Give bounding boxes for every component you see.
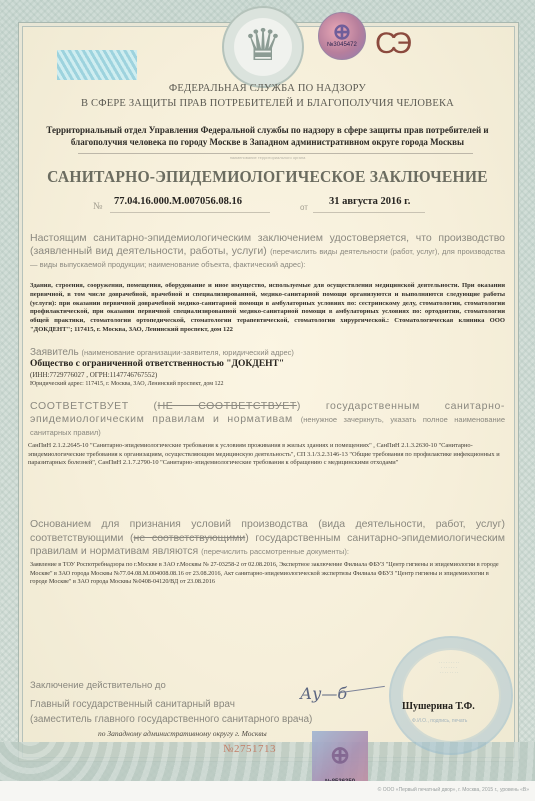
double-headed-eagle-icon: ♛	[236, 16, 290, 76]
territorial-department: Территориальный отдел Управления Федерал…	[30, 124, 505, 148]
department-caption: наименование территориального органа	[0, 155, 535, 160]
document-number: 77.04.16.000.М.007056.08.16	[114, 196, 242, 207]
chief-doctor-title: Главный государственный санитарный врач	[30, 699, 235, 710]
basis-documents: Заявление в ТОУ Роспотребнадзора по г.Мо…	[30, 561, 505, 587]
applicant-ids: (ИНН:7729776027 , ОГРН:1147746767552)	[30, 371, 157, 379]
serial-number: №2751713	[223, 743, 276, 755]
applicant-legal-address: Юридический адрес: 117415, г. Москва, ЗА…	[30, 381, 224, 387]
hologram-sticker-top: ⊕ №3045472	[318, 12, 366, 60]
applicant-org-name: Общество с ограниченной ответственностью…	[30, 359, 284, 369]
activity-description: Здания, строения, сооружения, помещения,…	[30, 282, 505, 335]
date-underline	[313, 212, 425, 213]
intro-paragraph: Настоящим санитарно-эпидемиологическим з…	[30, 232, 505, 271]
agency-name-line2: В СФЕРЕ ЗАЩИТЫ ПРАВ ПОТРЕБИТЕЛЕЙ И БЛАГО…	[0, 98, 535, 109]
sanitary-rules-list: СанПиН 2.1.2.2645-10 "Санитарно-эпидемио…	[28, 442, 508, 468]
applicant-heading: Заявитель (наименование организации-заяв…	[30, 347, 294, 358]
signer-name: Шушерина Т.Ф.	[402, 701, 475, 712]
divider	[78, 153, 473, 154]
agency-name-line1: ФЕДЕРАЛЬНАЯ СЛУЖБА ПО НАДЗОРУ	[0, 83, 535, 94]
number-label: №	[93, 201, 103, 212]
printer-credit: © ООО «Первый печатный двор», г. Москва,…	[378, 787, 529, 793]
applicant-hint: (наименование организации-заявителя, юри…	[81, 348, 293, 357]
basis-paragraph: Основанием для признания условий произво…	[30, 518, 505, 559]
region-line: по Западному административному округу г.…	[98, 729, 267, 738]
conformity-paragraph: СООТВЕТСТВУЕТ (НЕ СООТВЕТСТВУЕТ) государ…	[30, 400, 505, 439]
number-underline	[110, 212, 270, 213]
deputy-title: (заместитель главного государственного с…	[30, 714, 312, 725]
date-label: от	[300, 203, 308, 212]
basis-struck: не соответствующими	[134, 532, 246, 544]
official-stamp: · · · · · · · · ·· · · · · · ·· · · · · …	[389, 636, 513, 755]
hologram-logo-icon: ⊕	[312, 741, 368, 770]
coat-of-arms-emblem: ♛	[222, 6, 304, 88]
handwritten-signature: Ау—б	[300, 684, 347, 703]
stamp-text: · · · · · · · · ·· · · · · · ·· · · · · …	[421, 660, 477, 700]
document-date: 31 августа 2016 г.	[329, 196, 410, 207]
se-logo-icon: СЭ	[375, 27, 437, 61]
conformity-struck: НЕ СООТВЕТСТВУЕТ	[158, 400, 297, 412]
valid-until-label: Заключение действительно до	[30, 680, 166, 691]
hologram-number-top: №3045472	[327, 42, 357, 48]
conformity-verdict: СООТВЕТСТВУЕТ	[30, 400, 129, 412]
hologram-strip-icon	[57, 50, 137, 80]
document-title: САНИТАРНО-ЭПИДЕМИОЛОГИЧЕСКОЕ ЗАКЛЮЧЕНИЕ	[21, 167, 513, 187]
basis-hint: (перечислить рассмотренные документы):	[201, 547, 349, 556]
signer-caption: Ф.И.О., подпись, печать	[412, 718, 467, 724]
applicant-label: Заявитель	[30, 347, 79, 358]
